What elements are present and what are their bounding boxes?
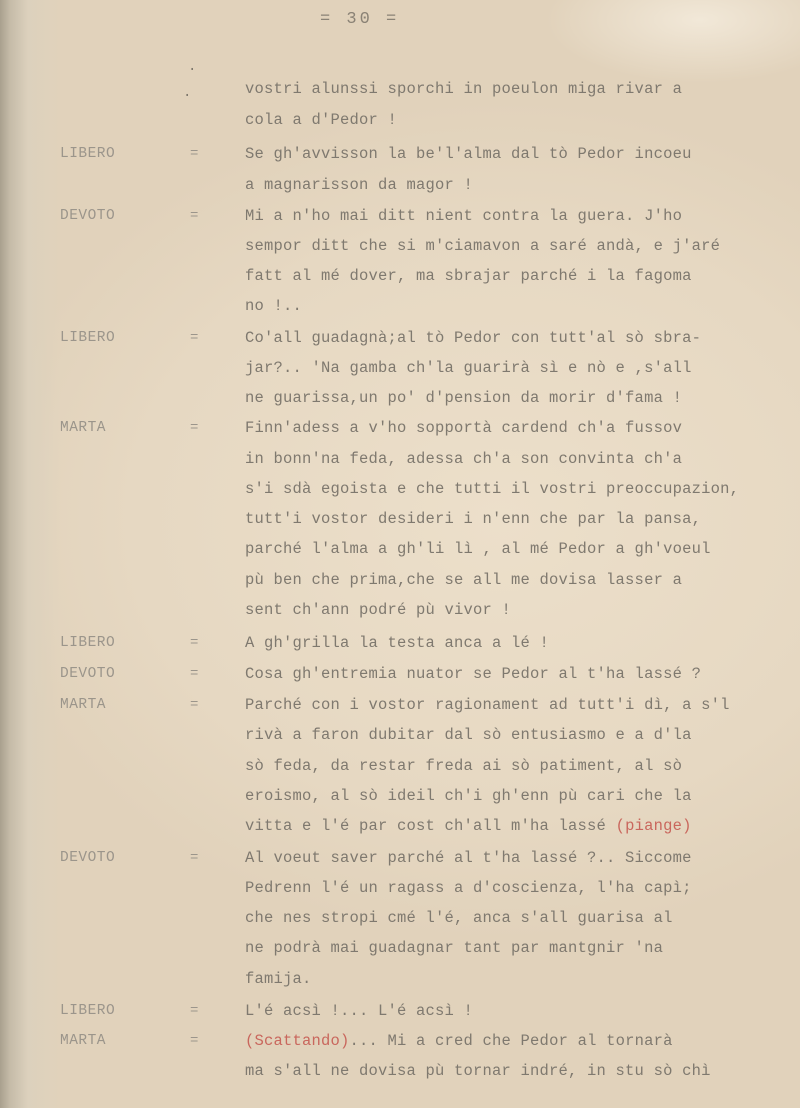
speaker-separator: =: [190, 630, 198, 656]
script-line: che nes stropi cmé l'é, anca s'all guari…: [0, 905, 800, 931]
speaker-name: MARTA: [60, 1028, 106, 1054]
dialogue-text: Al voeut saver parché al t'ha lassé ?.. …: [245, 845, 692, 871]
dialogue-text: parché l'alma a gh'li lì , al mé Pedor a…: [245, 536, 711, 562]
dialogue-text: ma s'all ne dovisa pù tornar indré, in s…: [245, 1058, 711, 1084]
dialogue-text: L'é acsì !... L'é acsì !: [245, 998, 473, 1024]
script-line: jar?.. 'Na gamba ch'la guarirà sì e nò e…: [0, 355, 800, 381]
script-line: DEVOTO = Cosa gh'entremia nuator se Pedo…: [0, 661, 800, 687]
script-line: MARTA = Parché con i vostor ragionament …: [0, 692, 800, 718]
speaker-separator: =: [190, 661, 198, 687]
dialogue-text: ne guarissa,un po' d'pension da morir d'…: [245, 385, 682, 411]
speaker-name: LIBERO: [60, 998, 115, 1024]
script-line: ma s'all ne dovisa pù tornar indré, in s…: [0, 1058, 800, 1084]
script-line: LIBERO = Se gh'avvisson la be'l'alma dal…: [0, 141, 800, 167]
dialogue-text: Pedrenn l'é un ragass a d'coscienza, l'h…: [245, 875, 692, 901]
speaker-separator: =: [190, 415, 198, 441]
speaker-name: DEVOTO: [60, 203, 115, 229]
script-line: cola a d'Pedor !: [0, 107, 800, 133]
dialogue-text: Co'all guadagnà;al tò Pedor con tutt'al …: [245, 325, 701, 351]
script-line: DEVOTO = Mi a n'ho mai ditt nient contra…: [0, 203, 800, 229]
speaker-separator: =: [190, 203, 198, 229]
speaker-name: LIBERO: [60, 630, 115, 656]
dialogue-text: rivà a faron dubitar dal sò entusiasmo e…: [245, 722, 692, 748]
speaker-name: DEVOTO: [60, 845, 115, 871]
stage-direction: (piange): [616, 817, 692, 835]
stage-direction: (Scattando): [245, 1032, 350, 1050]
dialogue-body: vitta e l'é par cost ch'all m'ha lassé: [245, 817, 616, 835]
script-line: LIBERO = A gh'grilla la testa anca a lé …: [0, 630, 800, 656]
script-line: LIBERO = Co'all guadagnà;al tò Pedor con…: [0, 325, 800, 351]
dialogue-text: Mi a n'ho mai ditt nient contra la guera…: [245, 203, 682, 229]
dialogue-text: vostri alunssi sporchi in poeulon miga r…: [245, 76, 682, 102]
speaker-name: MARTA: [60, 692, 106, 718]
script-line: MARTA = (Scattando)... Mi a cred che Ped…: [0, 1028, 800, 1054]
speaker-name: DEVOTO: [60, 661, 115, 687]
script-line: DEVOTO = Al voeut saver parché al t'ha l…: [0, 845, 800, 871]
speaker-separator: =: [190, 325, 198, 351]
speaker-separator: =: [190, 1028, 198, 1054]
dialogue-text: a magnarisson da magor !: [245, 172, 473, 198]
script-line: fatt al mé dover, ma sbrajar parché i la…: [0, 263, 800, 289]
script-line: rivà a faron dubitar dal sò entusiasmo e…: [0, 722, 800, 748]
script-line: ne guarissa,un po' d'pension da morir d'…: [0, 385, 800, 411]
speaker-separator: =: [190, 692, 198, 718]
page-number: = 30 =: [320, 10, 399, 29]
dialogue-text: sempor ditt che si m'ciamavon a saré and…: [245, 233, 720, 259]
script-line: s'i sdà egoista e che tutti il vostri pr…: [0, 476, 800, 502]
script-line: in bonn'na feda, adessa ch'a son convint…: [0, 446, 800, 472]
dialogue-text: pù ben che prima,che se all me dovisa la…: [245, 567, 682, 593]
dialogue-text: eroismo, al sò ideil ch'i gh'enn pù cari…: [245, 783, 692, 809]
script-line: eroismo, al sò ideil ch'i gh'enn pù cari…: [0, 783, 800, 809]
dialogue-text: no !..: [245, 293, 302, 319]
script-line: LIBERO = L'é acsì !... L'é acsì !: [0, 998, 800, 1024]
dialogue-text: sent ch'ann podré pù vivor !: [245, 597, 511, 623]
dialogue-text: ne podrà mai guadagnar tant par mantgnir…: [245, 935, 663, 961]
script-line: ne podrà mai guadagnar tant par mantgnir…: [0, 935, 800, 961]
dialogue-text: (Scattando)... Mi a cred che Pedor al to…: [245, 1028, 673, 1054]
script-line: MARTA = Finn'adess a v'ho sopportà carde…: [0, 415, 800, 441]
speaker-name: MARTA: [60, 415, 106, 441]
script-line: parché l'alma a gh'li lì , al mé Pedor a…: [0, 536, 800, 562]
dialogue-text: vitta e l'é par cost ch'all m'ha lassé (…: [245, 813, 692, 839]
dialogue-text: A gh'grilla la testa anca a lé !: [245, 630, 549, 656]
dialogue-text: Cosa gh'entremia nuator se Pedor al t'ha…: [245, 661, 701, 687]
script-line: no !..: [0, 293, 800, 319]
script-line: sò feda, da restar freda ai sò patiment,…: [0, 753, 800, 779]
script-line: tutt'i vostor desideri i n'enn che par l…: [0, 506, 800, 532]
speaker-name: LIBERO: [60, 141, 115, 167]
script-line: pù ben che prima,che se all me dovisa la…: [0, 567, 800, 593]
script-line: Pedrenn l'é un ragass a d'coscienza, l'h…: [0, 875, 800, 901]
typewritten-script-page: = 30 = · · vostri alunssi sporchi in poe…: [0, 0, 800, 1108]
dialogue-text: in bonn'na feda, adessa ch'a son convint…: [245, 446, 682, 472]
dialogue-text: Parché con i vostor ragionament ad tutt'…: [245, 692, 730, 718]
speaker-separator: =: [190, 141, 198, 167]
dialogue-text: jar?.. 'Na gamba ch'la guarirà sì e nò e…: [245, 355, 692, 381]
speaker-separator: =: [190, 845, 198, 871]
speaker-name: LIBERO: [60, 325, 115, 351]
dialogue-text: famija.: [245, 966, 312, 992]
script-line: sempor ditt che si m'ciamavon a saré and…: [0, 233, 800, 259]
dialogue-text: cola a d'Pedor !: [245, 107, 397, 133]
script-line: a magnarisson da magor !: [0, 172, 800, 198]
dialogue-body: ... Mi a cred che Pedor al tornarà: [350, 1032, 673, 1050]
script-line: sent ch'ann podré pù vivor !: [0, 597, 800, 623]
script-line: vitta e l'é par cost ch'all m'ha lassé (…: [0, 813, 800, 839]
dialogue-text: s'i sdà egoista e che tutti il vostri pr…: [245, 476, 739, 502]
script-line: vostri alunssi sporchi in poeulon miga r…: [0, 76, 800, 102]
dialogue-text: fatt al mé dover, ma sbrajar parché i la…: [245, 263, 692, 289]
dialogue-text: sò feda, da restar freda ai sò patiment,…: [245, 753, 682, 779]
dialogue-text: Se gh'avvisson la be'l'alma dal tò Pedor…: [245, 141, 692, 167]
dialogue-text: tutt'i vostor desideri i n'enn che par l…: [245, 506, 701, 532]
script-line: famija.: [0, 966, 800, 992]
speaker-separator: =: [190, 998, 198, 1024]
dialogue-text: Finn'adess a v'ho sopportà cardend ch'a …: [245, 415, 682, 441]
dialogue-text: che nes stropi cmé l'é, anca s'all guari…: [245, 905, 673, 931]
